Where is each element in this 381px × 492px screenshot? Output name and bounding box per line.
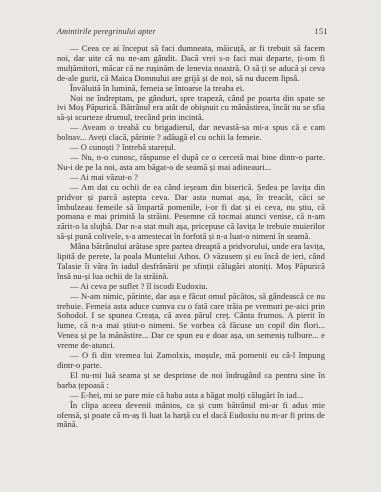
paragraph: — O fi din vremea lui Zamolxis, moșule, …	[57, 351, 325, 371]
paragraph: — Am dat cu ochii de ea când ieșeam din …	[57, 183, 325, 242]
page-number: 151	[315, 27, 329, 36]
paragraph: — Nu, n-o cunosc, răspunse el după ce o …	[57, 153, 325, 173]
book-page: Amintirile peregrinului apter 151 — Ceea…	[0, 0, 381, 492]
paragraph: — Ceea ce ai început să faci dumneata, m…	[57, 44, 325, 84]
paragraph: Mâna bătrânului arătase spre partea drea…	[57, 242, 325, 282]
running-title: Amintirile peregrinului apter	[57, 27, 156, 36]
page-body: — Ceea ce ai început să faci dumneata, m…	[57, 44, 325, 430]
paragraph: În clipa aceea devenii mânios, ca și cum…	[57, 401, 325, 431]
paragraph: — N-am nimic, părinte, dar așa e făcut o…	[57, 292, 325, 351]
paragraph: Noi ne îndreptam, pe gânduri, spre trape…	[57, 94, 325, 124]
paragraph: — Aveam o treabă cu brigadierul, dar nev…	[57, 123, 325, 143]
page-header: Amintirile peregrinului apter 151	[57, 27, 328, 36]
paragraph: El nu-mi luă seama și se desprinse de no…	[57, 371, 325, 391]
